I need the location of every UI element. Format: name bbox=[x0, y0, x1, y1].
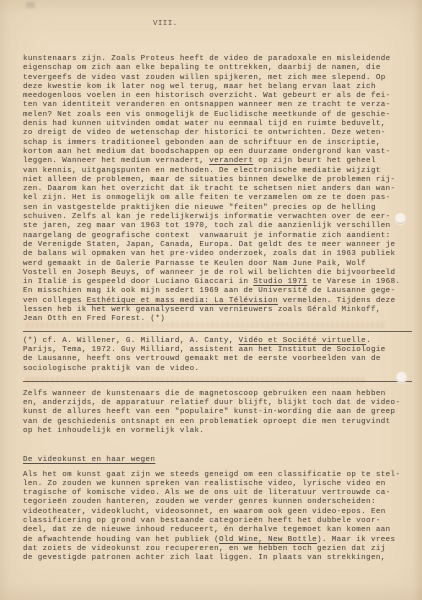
text-line: eigenschap om zich aan elke bepaling te … bbox=[23, 64, 412, 73]
text-line: sen in vastgestelde praktijken die nieuw… bbox=[23, 204, 412, 213]
text-line: De videokunst en haar wegen bbox=[23, 456, 412, 465]
text-segment: werd gemaakt in de Galerie Parnasse te K… bbox=[23, 260, 366, 268]
text-line: classificering op grond van bestaande ca… bbox=[23, 517, 412, 526]
text-segment: in Italië is gespeeld door Luciano Giacc… bbox=[23, 278, 253, 286]
punch-hole-bottom bbox=[396, 372, 407, 383]
text-segment: van kennis, uitgangspunten en methoden. … bbox=[23, 167, 381, 175]
text-line: kunstenaars zijn. Zoals Proteus heeft de… bbox=[23, 55, 412, 64]
paragraph-3: Als het om kunst gaat zijn we steeds gen… bbox=[23, 471, 412, 564]
text-line: de Lausanne, heeft ons vertrouwd gemaakt… bbox=[23, 355, 412, 364]
text-segment: te Varese in 1968. bbox=[307, 278, 400, 286]
text-segment: Zelfs wanneer de kunstenaars die de magn… bbox=[23, 390, 386, 398]
text-segment: schap is immers traditioneel gebonden aa… bbox=[23, 139, 381, 147]
paragraph-2: Zelfs wanneer de kunstenaars die de magn… bbox=[23, 390, 412, 436]
text-line: tevergeefs de video vast zouden willen s… bbox=[23, 74, 412, 83]
text-segment: niet alleen de problemen, maar de situat… bbox=[23, 176, 395, 184]
text-line: de gevestigde patronen achter zich laat … bbox=[23, 554, 412, 563]
text-line: En misschien mag ik ook mijn sedert 1969… bbox=[23, 287, 412, 296]
punch-hole-top bbox=[395, 213, 406, 224]
text-line: de balans wil opmaken van het pre-video … bbox=[23, 250, 412, 259]
text-segment: leggen. Wanneer het medium vernadert, bbox=[23, 157, 209, 165]
text-line: tegorieën zouden hanteren, zouden we ver… bbox=[23, 498, 412, 507]
text-segment: vermelden. Tijdens deze bbox=[278, 297, 396, 305]
text-segment: van de geschiedenis ontsnapt en een prob… bbox=[23, 418, 391, 426]
text-line: de Verenigde Staten, Japan, Canada, Euro… bbox=[23, 241, 412, 250]
text-segment: Parijs, Tema, 1972. Guy Milliard, assist… bbox=[23, 346, 386, 354]
text-line: deze kwestie kom ik later nog wel terug,… bbox=[23, 83, 412, 92]
text-line: leggen. Wanneer het medium vernadert, ve… bbox=[23, 157, 412, 166]
text-segment: eigenschap om zich aan elke bepaling te … bbox=[23, 64, 381, 72]
text-segment: classificering op grond van bestaande ca… bbox=[23, 517, 381, 525]
text-line: naargelang de geografische context vanwa… bbox=[23, 232, 412, 241]
text-segment: Als het om kunst gaat zijn we steeds gen… bbox=[23, 471, 400, 479]
text-line: van de geschiedenis ontsnapt en een prob… bbox=[23, 418, 412, 427]
text-line: schuiven. Zelfs al kan je redelijkerwijs… bbox=[23, 213, 412, 222]
text-line: denis had kunnen uitvinden omdat water n… bbox=[23, 120, 412, 129]
text-segment: de Lausanne, heeft ons vertrouwd gemaakt… bbox=[23, 355, 381, 363]
text-segment: de Verenigde Staten, Japan, Canada, Euro… bbox=[23, 241, 395, 249]
text-line: ten van identiteit veranderen en ontsnap… bbox=[23, 101, 412, 110]
text-segment: kunst de allures heeft van een "populair… bbox=[23, 408, 395, 416]
text-line: (*) cf. A. Willener, G. Milliard, A. Can… bbox=[23, 337, 412, 346]
text-segment: en, anderzijds, de apparatuur relatief d… bbox=[23, 399, 400, 407]
text-segment: . bbox=[366, 337, 371, 345]
text-line: van kennis, uitgangspunten en methoden. … bbox=[23, 167, 412, 176]
text-line: niet alleen de problemen, maar de situat… bbox=[23, 176, 412, 185]
text-segment: videotheater, videoklucht, videosonnet, … bbox=[23, 508, 386, 516]
underlined-text-segment: verandert bbox=[209, 157, 253, 165]
text-segment: zo dreigt de video de wetenschap der his… bbox=[23, 129, 386, 137]
text-segment: zen. Daarom kan het overzicht dat ik tra… bbox=[23, 185, 395, 193]
text-line: Zelfs wanneer de kunstenaars die de magn… bbox=[23, 390, 412, 399]
text-segment: op het inhoudelijk en vormelijk vlak. bbox=[23, 427, 204, 435]
text-segment: deel, dat ze de nieuwe inhoud reduceert,… bbox=[23, 526, 391, 534]
text-segment: melen? Net zoals een vis onmogelijk de E… bbox=[23, 111, 391, 119]
text-line: schap is immers traditioneel gebonden aa… bbox=[23, 139, 412, 148]
footnote-rule-top bbox=[23, 331, 412, 332]
text-line: Als het om kunst gaat zijn we steeds gen… bbox=[23, 471, 412, 480]
underlined-text-segment: Vidéo et Société virtuelle bbox=[239, 337, 366, 345]
paragraph-1: kunstenaars zijn. Zoals Proteus heeft de… bbox=[23, 55, 412, 325]
text-flow: kunstenaars zijn. Zoals Proteus heeft de… bbox=[23, 55, 412, 564]
scanned-document-page: VIII. kunstenaars zijn. Zoals Proteus he… bbox=[0, 0, 422, 600]
text-segment: Vostell en Joseph Beuys, of wanneer je d… bbox=[23, 269, 395, 277]
text-line: melen? Net zoals een vis onmogelijk de E… bbox=[23, 111, 412, 120]
text-line: deel, dat ze de nieuwe inhoud reduceert,… bbox=[23, 526, 412, 535]
text-line: kortom aan het medium dat boodschappen o… bbox=[23, 148, 412, 157]
text-line: kel zijn. Het is onmogelijk om alle feit… bbox=[23, 194, 412, 203]
text-line: Vostell en Joseph Beuys, of wanneer je d… bbox=[23, 269, 412, 278]
paper-smudge bbox=[26, 2, 35, 8]
text-segment: kunstenaars zijn. Zoals Proteus heeft de… bbox=[23, 55, 391, 63]
text-line: dat zoiets de videokunst zou recupereren… bbox=[23, 545, 412, 554]
text-line: sociologische praktijk van de video. bbox=[23, 365, 412, 374]
text-segment: len. Zo zouden we kunnen spreken van rea… bbox=[23, 480, 386, 488]
text-segment: denis had kunnen uitvinden omdat water n… bbox=[23, 120, 386, 128]
text-segment: tevergeefs de video vast zouden willen s… bbox=[23, 74, 386, 82]
text-segment: op zijn beurt het geheel bbox=[253, 157, 376, 165]
text-segment: de gevestigde patronen achter zich laat … bbox=[23, 554, 386, 562]
text-segment: Jean Otth en Fred Forest. (*) bbox=[23, 315, 165, 323]
text-line: videotheater, videoklucht, videosonnet, … bbox=[23, 508, 412, 517]
text-segment: kel zijn. Het is onmogelijk om alle feit… bbox=[23, 194, 391, 202]
underlined-text-segment: Old Wine, New Bottle bbox=[219, 536, 317, 544]
text-line: ste jaren, zeg maar van 1963 tot 1970, t… bbox=[23, 222, 412, 231]
text-segment: schuiven. Zelfs al kan je redelijkerwijs… bbox=[23, 213, 391, 221]
text-segment: En misschien mag ik ook mijn sedert 1969… bbox=[23, 287, 395, 295]
footnote-rule-bottom bbox=[23, 381, 412, 382]
footnote: (*) cf. A. Willener, G. Milliard, A. Can… bbox=[23, 337, 412, 374]
text-line: werd gemaakt in de Galerie Parnasse te K… bbox=[23, 260, 412, 269]
underlined-text-segment: Studio 1971 bbox=[253, 278, 307, 286]
text-segment: tegorieën zouden hanteren, zouden we ver… bbox=[23, 498, 376, 506]
text-line: len. Zo zouden we kunnen spreken van rea… bbox=[23, 480, 412, 489]
text-segment: ven colleges bbox=[23, 297, 87, 305]
text-segment: naargelang de geografische context vanwa… bbox=[23, 232, 391, 240]
text-segment: sen in vastgestelde praktijken die nieuw… bbox=[23, 204, 376, 212]
text-segment: ten van identiteit veranderen en ontsnap… bbox=[23, 101, 391, 109]
section-heading: De videokunst en haar wegen bbox=[23, 456, 412, 465]
underlined-text-segment: Esthétique et mass media: La Télévision bbox=[87, 297, 278, 305]
text-line: Jean Otth en Fred Forest. (*) bbox=[23, 315, 412, 324]
text-line: de afwachtende houding van het publiek (… bbox=[23, 536, 412, 545]
text-segment: ste jaren, zeg maar van 1963 tot 1970, t… bbox=[23, 222, 391, 230]
text-segment: deze kwestie kom ik later nog wel terug,… bbox=[23, 83, 376, 91]
text-segment: dat zoiets de videokunst zou recupereren… bbox=[23, 545, 386, 553]
text-segment: kortom aan het medium dat boodschappen o… bbox=[23, 148, 391, 156]
page-number: VIII. bbox=[153, 20, 178, 29]
text-line: kunst de allures heeft van een "populair… bbox=[23, 408, 412, 417]
text-segment: de balans wil opmaken van het pre-video … bbox=[23, 250, 395, 258]
text-segment: ). Maar ik vrees bbox=[317, 536, 395, 544]
text-segment: meedogenloos voelen in een historisch ov… bbox=[23, 92, 391, 100]
text-segment: de afwachtende houding van het publiek ( bbox=[23, 536, 219, 544]
underlined-text-segment: De videokunst en haar wegen bbox=[23, 456, 155, 464]
text-segment: lessen heb ik het werk geanalyseerd van … bbox=[23, 306, 381, 314]
text-segment: sociologische praktijk van de video. bbox=[23, 365, 199, 373]
text-line: Parijs, Tema, 1972. Guy Milliard, assist… bbox=[23, 346, 412, 355]
text-segment: tragische of komische video. Als we de o… bbox=[23, 489, 391, 497]
text-line: zo dreigt de video de wetenschap der his… bbox=[23, 129, 412, 138]
text-segment: (*) cf. A. Willener, G. Milliard, A. Can… bbox=[23, 337, 239, 345]
text-line: op het inhoudelijk en vormelijk vlak. bbox=[23, 427, 412, 436]
text-line: ven colleges Esthétique et mass media: L… bbox=[23, 297, 412, 306]
text-line: lessen heb ik het werk geanalyseerd van … bbox=[23, 306, 412, 315]
text-line: en, anderzijds, de apparatuur relatief d… bbox=[23, 399, 412, 408]
